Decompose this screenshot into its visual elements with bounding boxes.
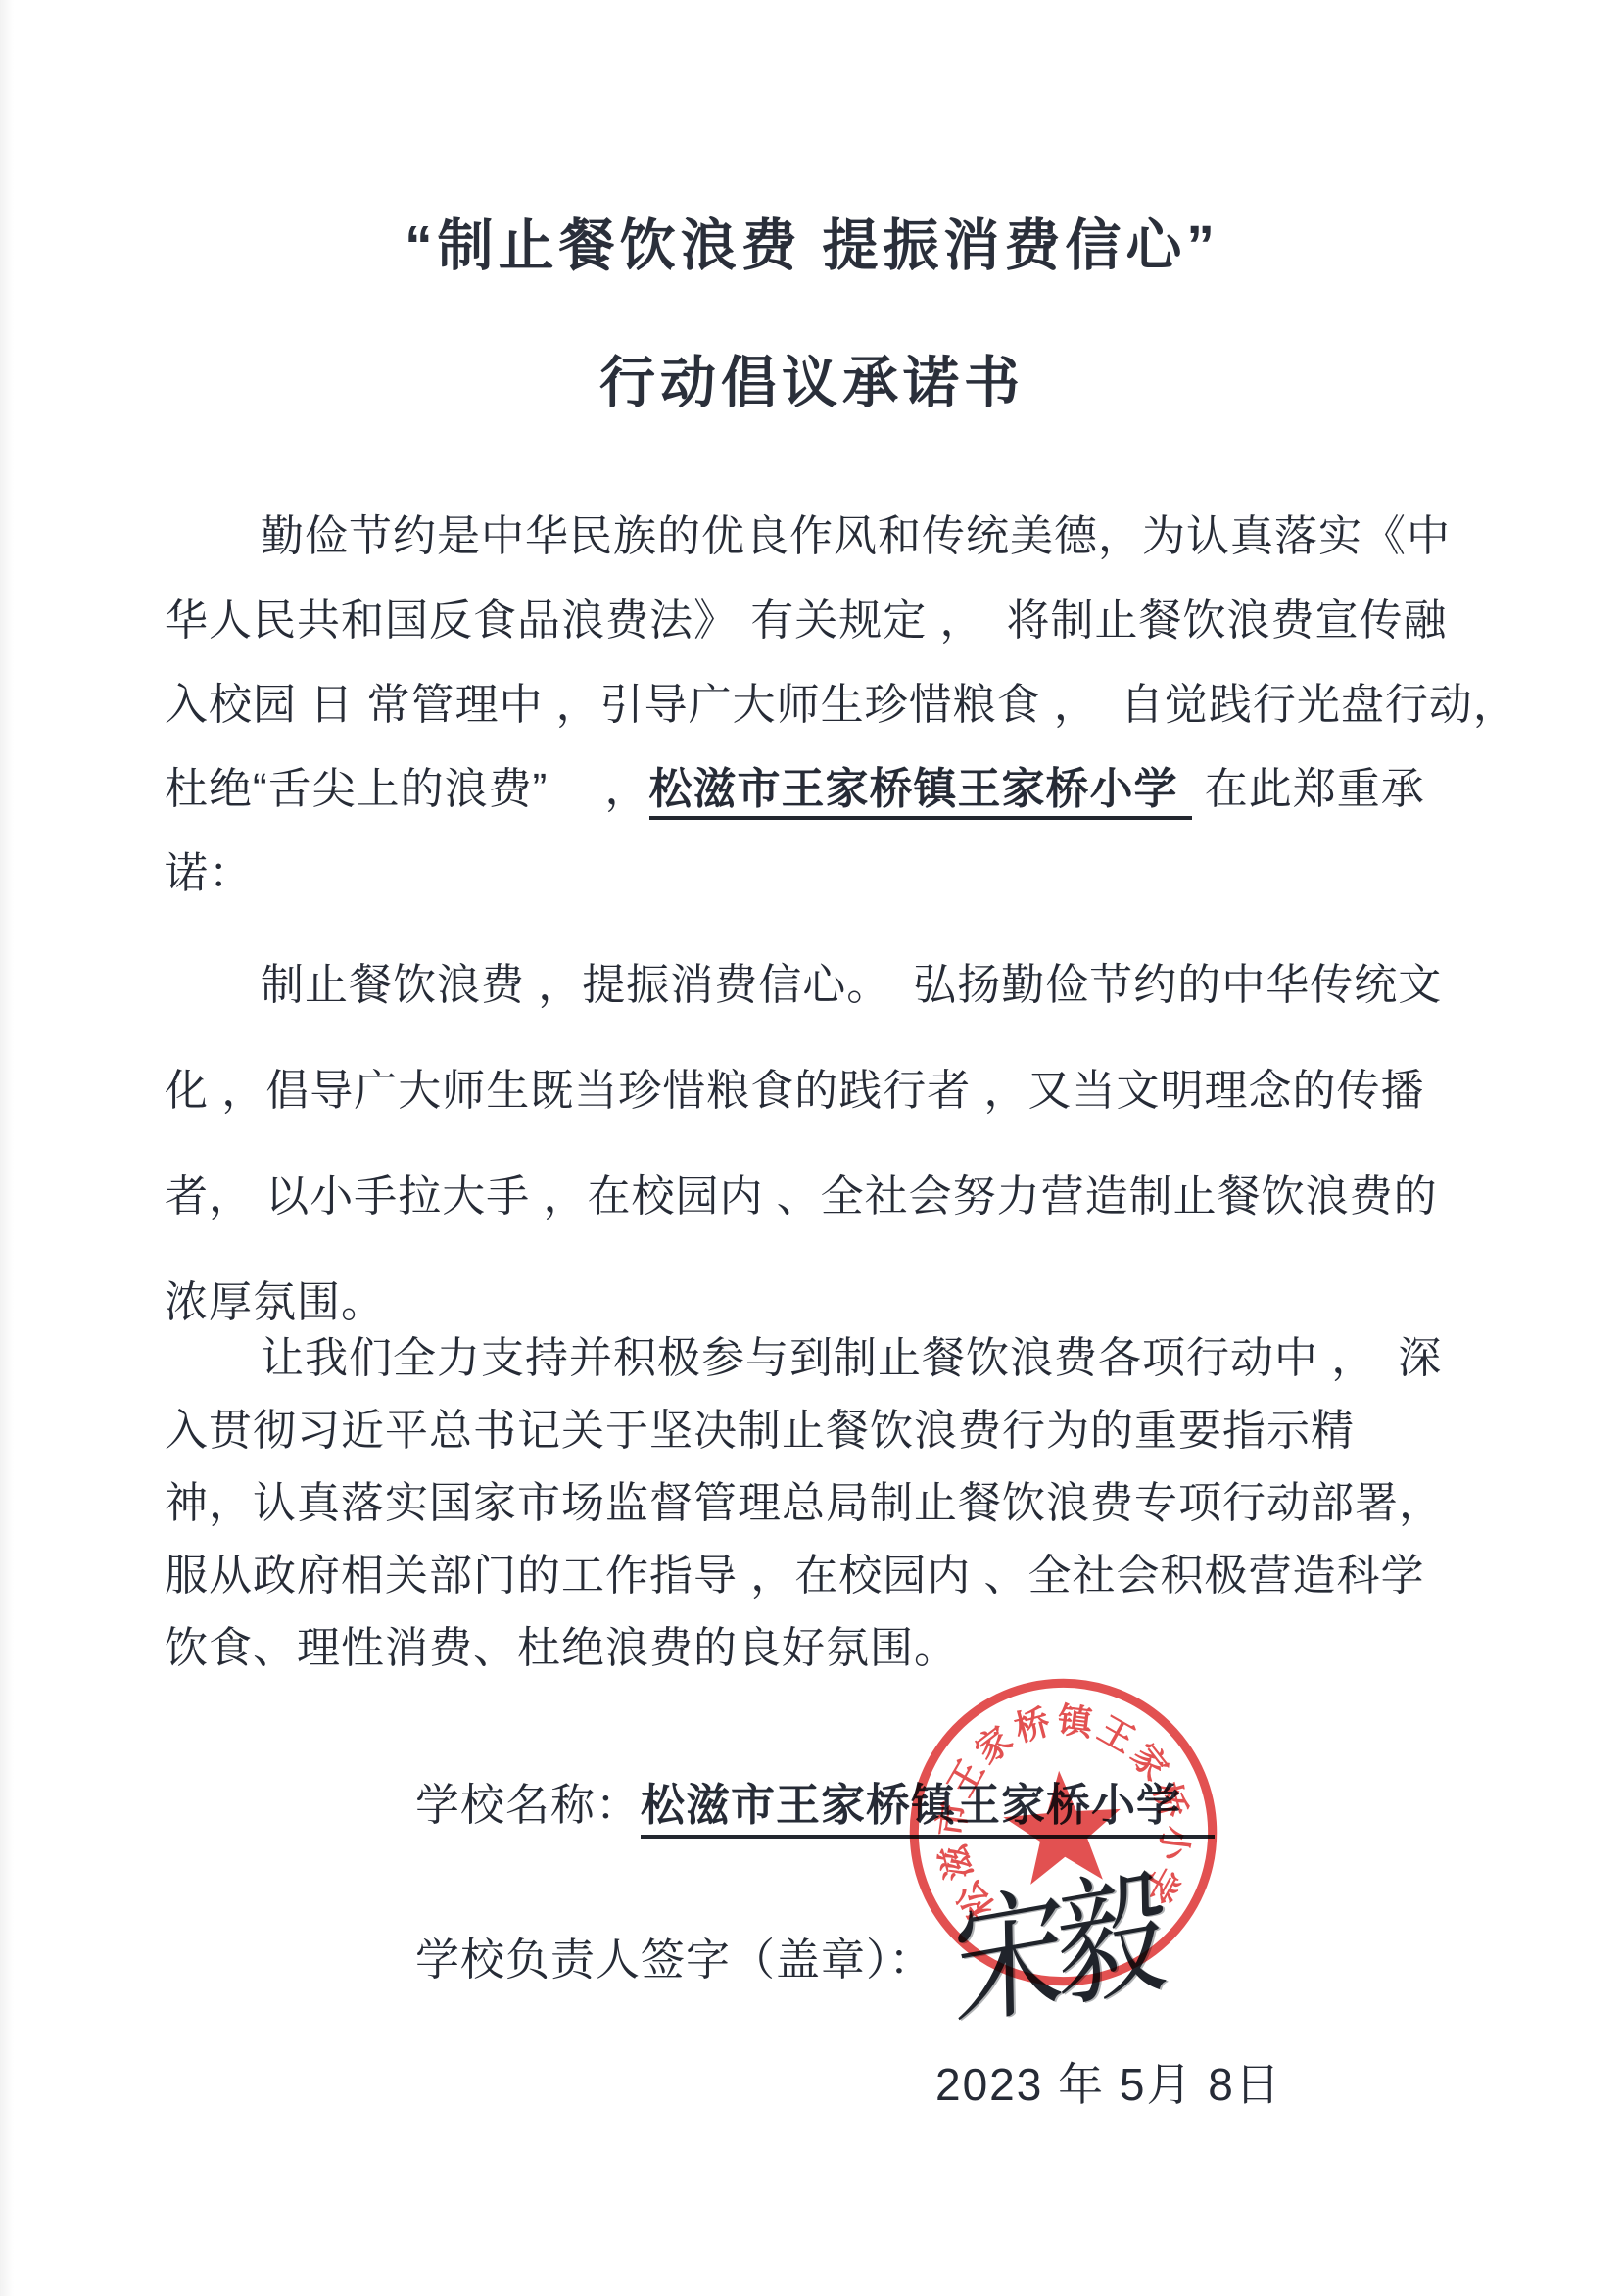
school-name-label: 学校名称： <box>415 1780 641 1830</box>
official-seal-stamp: 松滋市王家桥镇王家桥小学 <box>883 1651 1243 2012</box>
document-title-line1: “制止餐饮浪费 提振消费信心” <box>0 201 1624 281</box>
school-name-underlined: 松滋市王家桥镇王家桥小学 <box>649 765 1192 820</box>
paragraph-1-line-4: 杜绝“舌尖上的浪费” ，松滋市王家桥镇王家桥小学 在此郑重承 <box>165 747 1477 832</box>
paragraph-2-line-2: 化 ，倡导广大师生既当珍惜粮食的践行者 ，又当文明理念的传播 <box>165 1038 1477 1144</box>
paragraph-1-line-2: 华人民共和国反食品浪费法》 有关规定 ， 将制止餐饮浪费宣传融 <box>165 579 1477 663</box>
signature-label: 学校负责人签字（盖章）： <box>415 1935 934 1985</box>
document-title-line2: 行动倡议承诺书 <box>0 338 1624 418</box>
paragraph-3-line-5: 饮食、理性消费、杜绝浪费的良好氛围。 <box>165 1612 1477 1685</box>
paragraph-1: 勤俭节约是中华民族的优良作风和传统美德，为认真落实《中 华人民共和国反食品浪费法… <box>165 495 1477 916</box>
line-4-suffix: 在此郑重承 <box>1192 765 1425 813</box>
paragraph-2-line-1: 制止餐饮浪费 ，提振消费信心。 弘扬勤俭节约的中华传统文 <box>165 933 1477 1038</box>
scanned-document-page: “制止餐饮浪费 提振消费信心” 行动倡议承诺书 勤俭节约是中华民族的优良作风和传… <box>0 0 1624 2296</box>
paragraph-2: 制止餐饮浪费 ，提振消费信心。 弘扬勤俭节约的中华传统文 化 ，倡导广大师生既当… <box>165 933 1477 1356</box>
signature-line: 学校负责人签字（盖章）： <box>415 1924 934 1987</box>
paragraph-2-line-3: 者， 以小手拉大手 ，在校园内 、全社会努力营造制止餐饮浪费的 <box>165 1144 1477 1250</box>
paragraph-1-line-5: 诺： <box>165 832 1477 916</box>
paragraph-1-line-3: 入校园 日 常管理中 ，引导广大师生珍惜粮食 ， 自觉践行光盘行动， <box>165 663 1477 747</box>
paragraph-3-line-4: 服从政府相关部门的工作指导 ，在校园内 、全社会积极营造科学 <box>165 1540 1477 1612</box>
line-4-prefix: 杜绝“舌尖上的浪费” ， <box>165 765 649 813</box>
date-line: 2023 年 5月 8日 <box>935 2049 1282 2114</box>
paragraph-3-line-2: 入贯彻习近平总书记关于坚决制止餐饮浪费行为的重要指示精 <box>165 1395 1477 1467</box>
paragraph-3: 让我们全力支持并积极参与到制止餐饮浪费各项行动中 ， 深 入贯彻习近平总书记关于… <box>165 1322 1477 1685</box>
paragraph-3-line-1: 让我们全力支持并积极参与到制止餐饮浪费各项行动中 ， 深 <box>165 1322 1477 1395</box>
seal-star-icon <box>1000 1767 1124 1887</box>
paragraph-1-line-1: 勤俭节约是中华民族的优良作风和传统美德，为认真落实《中 <box>165 495 1477 579</box>
paragraph-3-line-3: 神，认真落实国家市场监督管理总局制止餐饮浪费专项行动部署， <box>165 1467 1477 1540</box>
